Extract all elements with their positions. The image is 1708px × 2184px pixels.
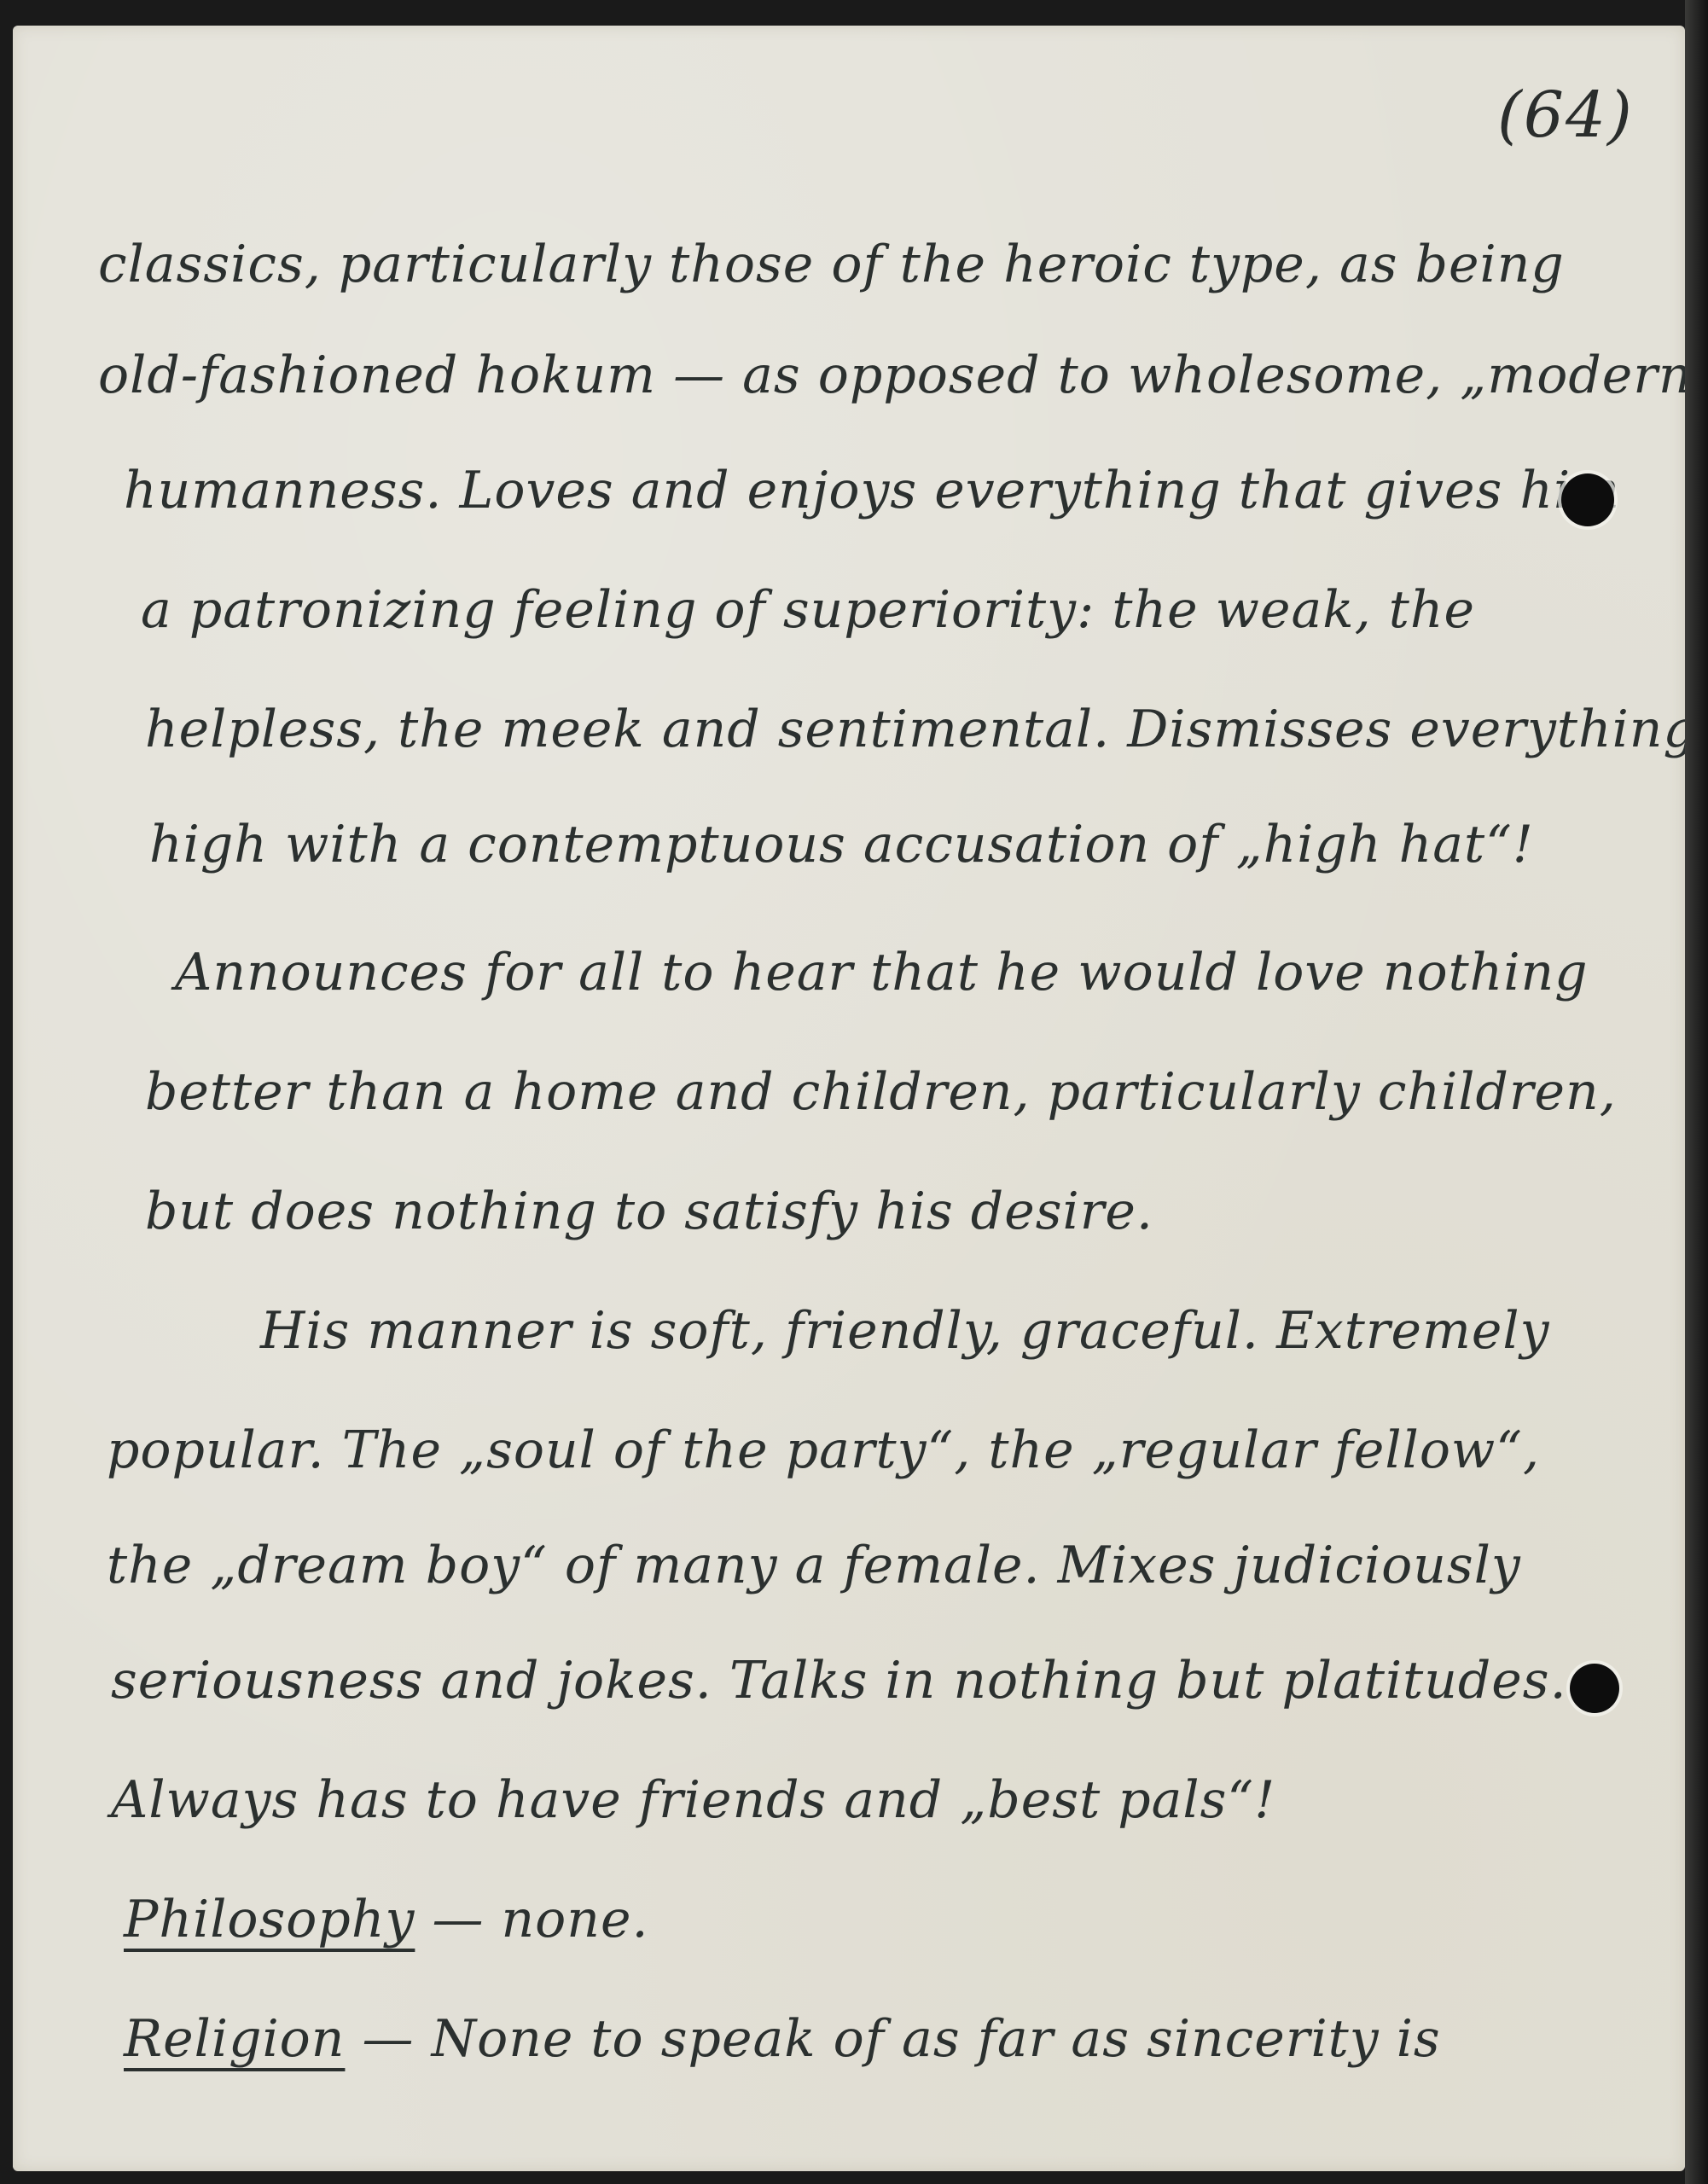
text-line: humanness. Loves and enjoys everything t… (124, 461, 1620, 520)
text-line: Announces for all to hear that he would … (175, 943, 1589, 1002)
section-philosophy: Philosophy — none. (124, 1890, 649, 1949)
punch-hole-top (1561, 473, 1614, 526)
text-line: seriousness and jokes. Talks in nothing … (111, 1651, 1567, 1711)
scanned-page: (64) classics, particularly those of the… (0, 0, 1708, 2184)
text-line: better than a home and children, particu… (145, 1062, 1617, 1122)
text-line: Always has to have friends and „best pal… (111, 1770, 1275, 1830)
section-heading: Philosophy (124, 1890, 415, 1949)
page-number-text: (64) (1497, 78, 1634, 152)
text-line: the „dream boy“ of many a female. Mixes … (107, 1536, 1521, 1595)
text-line: high with a contemptuous accusation of „… (149, 815, 1534, 874)
text-line: a patronizing feeling of superiority: th… (141, 580, 1475, 640)
text-line: helpless, the meek and sentimental. Dism… (145, 700, 1697, 759)
text-line: but does nothing to satisfy his desire. (145, 1182, 1153, 1241)
page-number: (64) (1497, 78, 1634, 152)
text-line: classics, particularly those of the hero… (98, 235, 1565, 294)
punch-hole-bottom (1570, 1664, 1619, 1713)
scan-edge-shadow (1685, 0, 1708, 2184)
paper-sheet: (64) classics, particularly those of the… (13, 26, 1685, 2171)
text-line: His manner is soft, friendly, graceful. … (260, 1301, 1550, 1361)
text-line: popular. The „soul of the party“, the „r… (107, 1420, 1540, 1480)
section-religion: Religion — None to speak of as far as si… (124, 2009, 1441, 2069)
section-heading: Religion (124, 2009, 345, 2069)
text-line: old-fashioned hokum — as opposed to whol… (98, 346, 1708, 405)
section-text: — none. (432, 1890, 648, 1949)
section-text: — None to speak of as far as sincerity i… (363, 2009, 1441, 2069)
